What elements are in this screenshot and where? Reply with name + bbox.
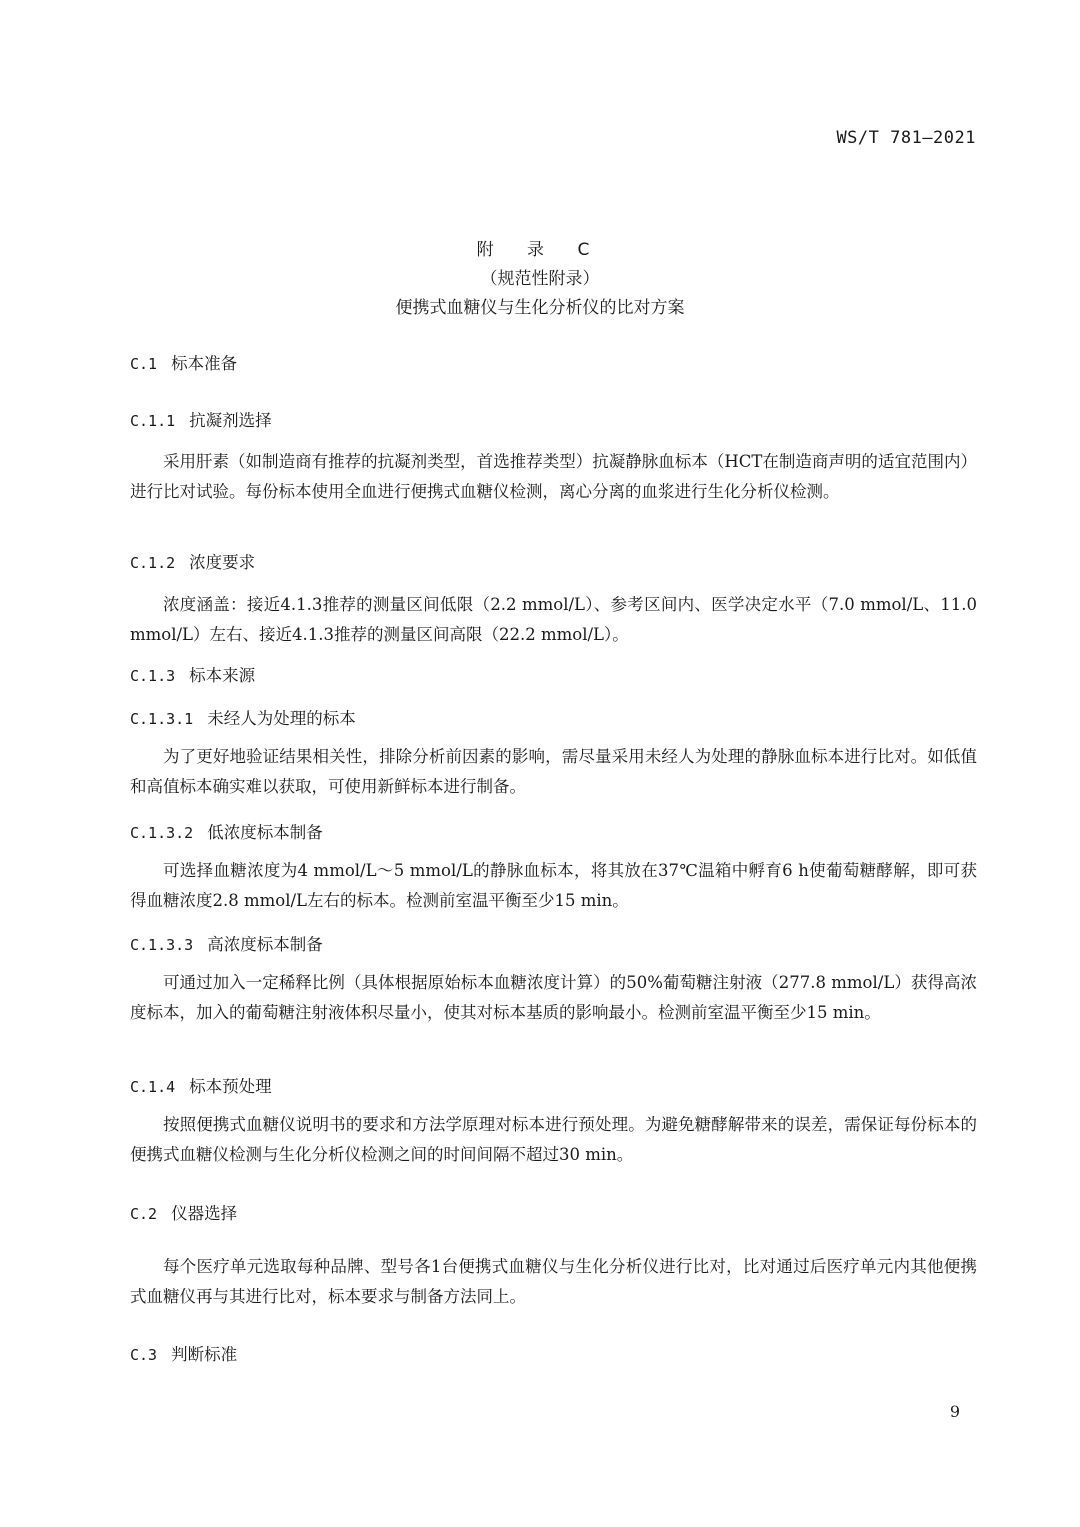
paragraph-c1-1: 采用肝素（如制造商有推荐的抗凝剂类型，首选推荐类型）抗凝静脉血标本（HCT在制造… [130,447,977,507]
section-heading-c1-2: C.1.2浓度要求 [130,549,255,573]
paragraph-c1-3-1: 为了更好地验证结果相关性，排除分析前因素的影响，需尽量采用未经人为处理的静脉血标… [130,742,977,802]
section-heading-c1-1: C.1.1抗凝剂选择 [130,407,272,431]
paragraph-c2: 每个医疗单元选取每种品牌、型号各1台便携式血糖仪与生化分析仪进行比对，比对通过后… [130,1252,977,1312]
section-heading-c1-3: C.1.3标本来源 [130,662,255,686]
paragraph-c1-4: 按照便携式血糖仪说明书的要求和方法学原理对标本进行预处理。为避免糖酵解带来的误差… [130,1110,977,1170]
paragraph-c1-3-2: 可选择血糖浓度为4 mmol/L～5 mmol/L的静脉血标本，将其放在37℃温… [130,856,977,916]
appendix-type: （规范性附录） [0,265,1080,294]
section-heading-c1: C.1标本准备 [130,350,237,374]
section-heading-c1-3-1: C.1.3.1未经人为处理的标本 [130,705,356,729]
section-heading-c2: C.2仪器选择 [130,1200,237,1224]
page-number: 9 [950,1402,960,1421]
section-heading-c1-4: C.1.4标本预处理 [130,1073,272,1097]
appendix-label: 附 录 C [0,236,1080,265]
section-heading-c3: C.3判断标准 [130,1341,237,1365]
paragraph-c1-2: 浓度涵盖：接近4.1.3推荐的测量区间低限（2.2 mmol/L）、参考区间内、… [130,590,977,650]
appendix-name: 便携式血糖仪与生化分析仪的比对方案 [0,294,1080,323]
standard-code: WS/T 781—2021 [836,128,976,148]
paragraph-c1-3-3: 可通过加入一定稀释比例（具体根据原始标本血糖浓度计算）的50%葡萄糖注射液（27… [130,968,977,1028]
section-heading-c1-3-2: C.1.3.2低浓度标本制备 [130,819,323,843]
section-heading-c1-3-3: C.1.3.3高浓度标本制备 [130,931,323,955]
appendix-title-block: 附 录 C （规范性附录） 便携式血糖仪与生化分析仪的比对方案 [0,236,1080,323]
